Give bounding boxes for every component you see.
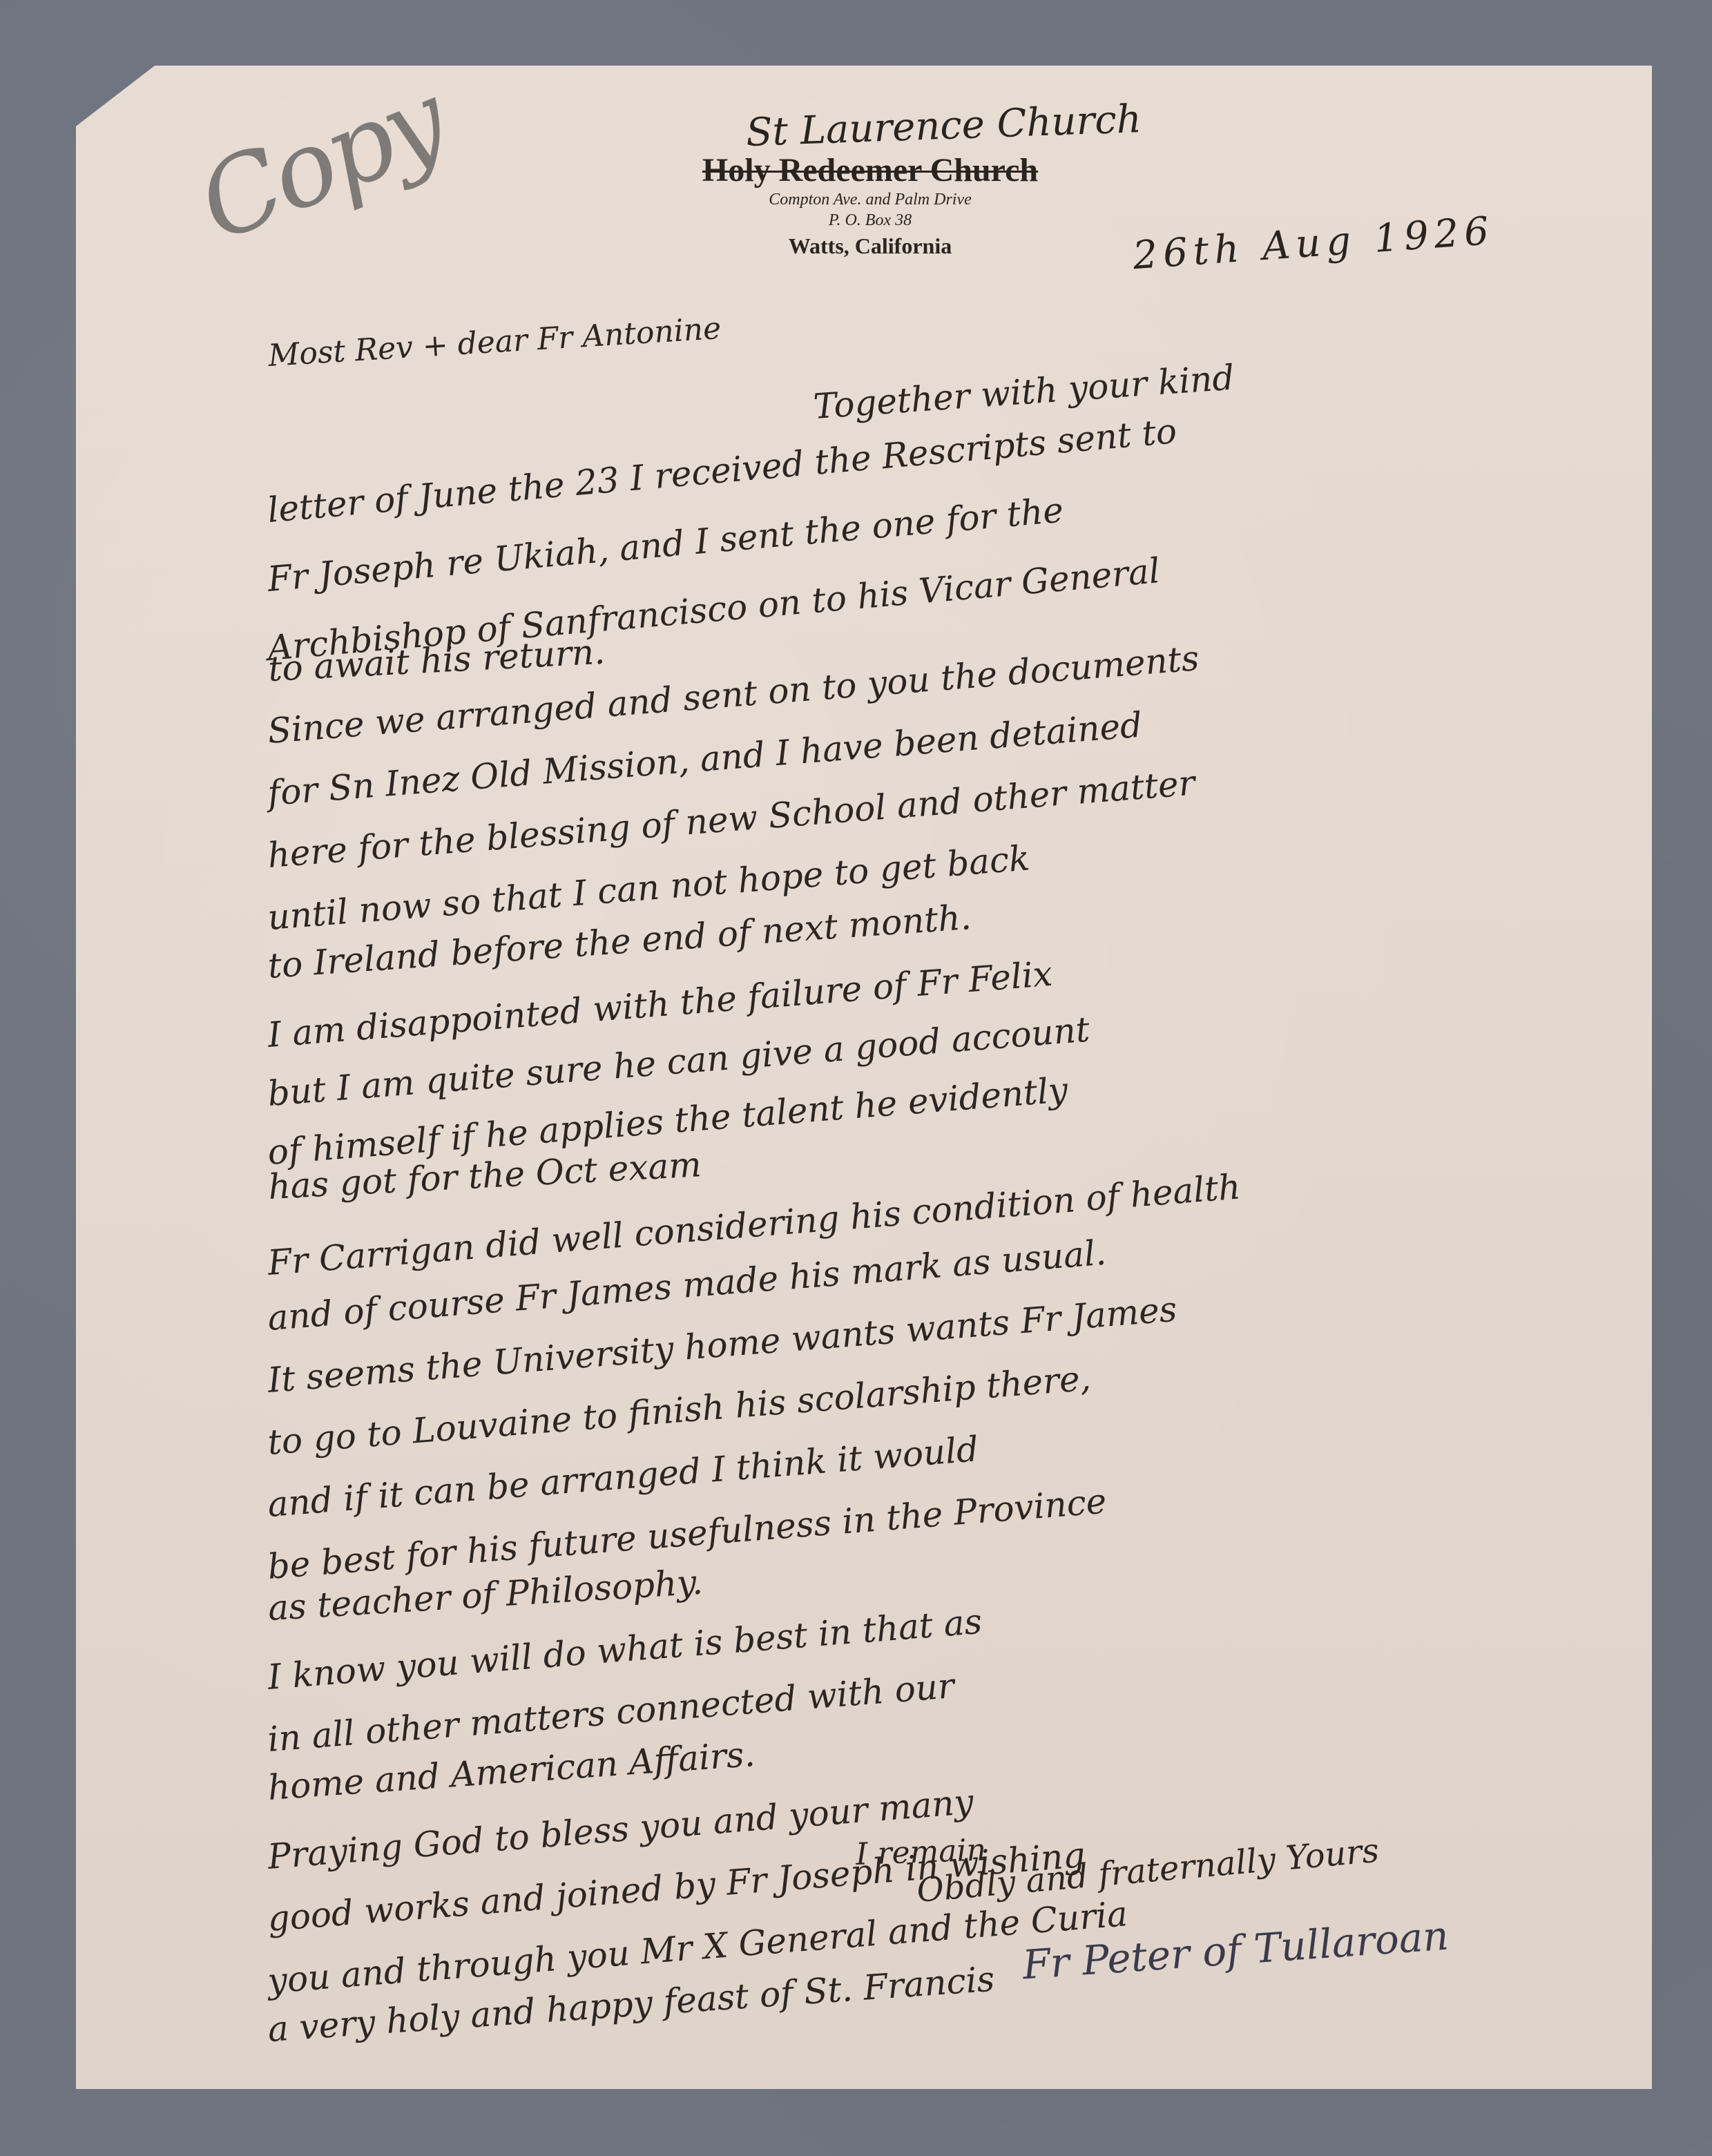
- letterhead: St Laurence Church Holy Redeemer Church …: [663, 104, 1077, 259]
- letterhead-address-line-2: P. O. Box 38: [663, 210, 1077, 231]
- letterhead-address-line-1: Compton Ave. and Palm Drive: [663, 189, 1077, 210]
- closing-line-1: I remain: [855, 1832, 986, 1872]
- letterhead-city: Watts, California: [663, 233, 1077, 259]
- letterhead-church-name-struck: Holy Redeemer Church: [663, 151, 1077, 189]
